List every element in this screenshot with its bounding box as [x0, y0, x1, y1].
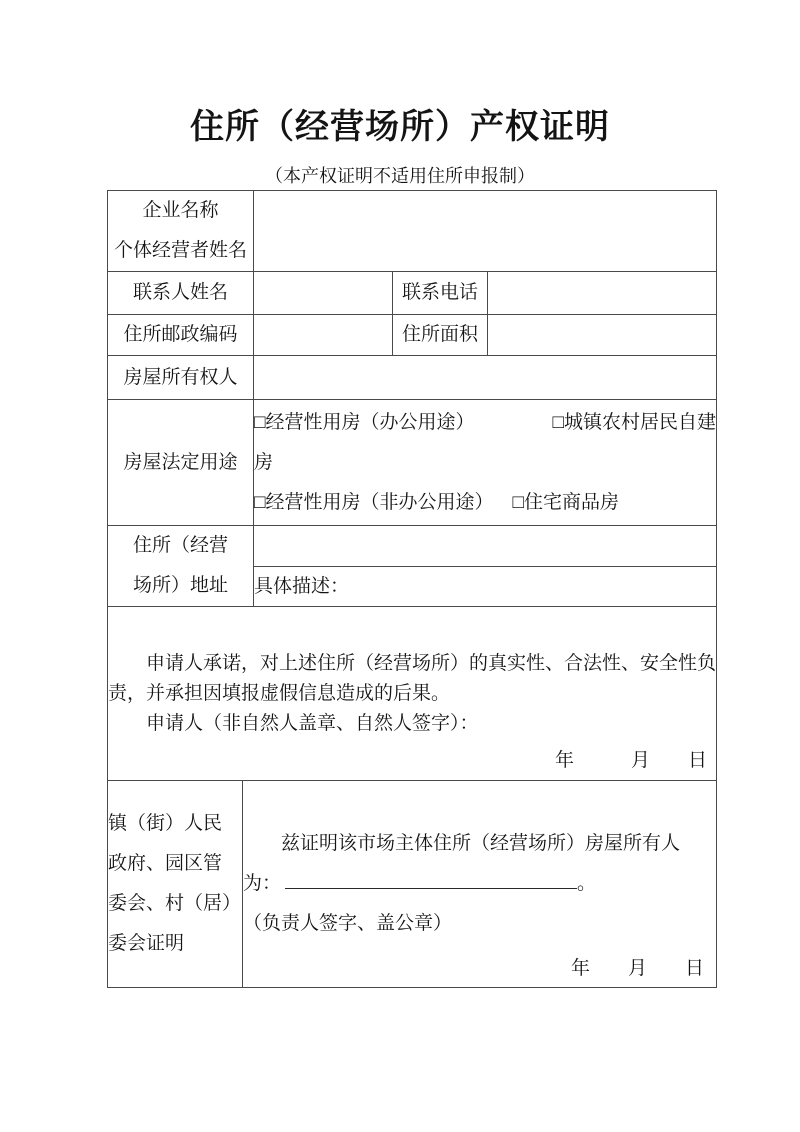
certification-label: 镇（街）人民 政府、园区管 委会、村（居） 委会证明 — [108, 781, 243, 988]
owner-name-blank-line[interactable] — [285, 867, 577, 889]
certification-date-line: 年 月 日 — [571, 957, 704, 981]
owner-label: 房屋所有权人 — [108, 356, 254, 400]
document-page: { "title": "住所（经营场所）产权证明", "subtitle": "… — [0, 0, 800, 1132]
usage-options-line1: □经营性用房（办公用途） □城镇农村居民自建 — [254, 403, 716, 443]
row-postal-area: 住所邮政编码 住所面积 — [108, 315, 717, 356]
row-contact: 联系人姓名 联系电话 — [108, 272, 717, 315]
premise-area-label: 住所面积 — [393, 315, 488, 356]
address-value-cell[interactable] — [254, 526, 717, 567]
certification-label-line3: 委会、村（居） — [108, 884, 242, 924]
premise-area-value-cell[interactable] — [488, 315, 717, 356]
checkbox-option-business-office[interactable]: □经营性用房（办公用途） — [254, 403, 474, 443]
row-entity-name: 企业名称 个体经营者姓名 — [108, 191, 717, 272]
usage-options-line2: 房 — [254, 443, 716, 483]
legal-usage-options-cell: □经营性用房（办公用途） □城镇农村居民自建 房 □经营性用房（非办公用途） □… — [254, 400, 717, 526]
row-declaration: 申请人承诺，对上述住所（经营场所）的真实性、合法性、安全性负责，并承担因填报虚假… — [108, 607, 717, 781]
entity-name-label: 企业名称 个体经营者姓名 — [108, 191, 254, 272]
row-address: 住所（经营 场所）地址 — [108, 526, 717, 567]
declaration-date-line: 年 月 日 — [555, 749, 707, 773]
contact-name-value-cell[interactable] — [254, 272, 393, 315]
checkbox-option-business-non-office[interactable]: □经营性用房（非办公用途） — [254, 483, 493, 523]
declaration-promise-text: 申请人承诺，对上述住所（经营场所）的真实性、合法性、安全性负责，并承担因填报虚假… — [108, 649, 716, 709]
entity-name-value-cell[interactable] — [254, 191, 717, 272]
row-legal-usage: 房屋法定用途 □经营性用房（办公用途） □城镇农村居民自建 房 □经营性用房（非… — [108, 400, 717, 526]
checkbox-option-self-built-wrapped-char: 房 — [254, 443, 273, 483]
legal-usage-label: 房屋法定用途 — [108, 400, 254, 526]
address-label-line2: 场所）地址 — [108, 566, 253, 606]
row-owner: 房屋所有权人 — [108, 356, 717, 400]
entity-name-label-line2: 个体经营者姓名 — [108, 231, 253, 271]
address-label: 住所（经营 场所）地址 — [108, 526, 254, 607]
certification-label-line4: 委会证明 — [108, 924, 242, 964]
usage-options-line3: □经营性用房（非办公用途） □住宅商品房 — [254, 483, 716, 523]
certification-statement-suffix: 。 — [577, 873, 596, 894]
applicant-signature-label: 申请人（非自然人盖章、自然人签字）： — [108, 709, 716, 739]
address-detail-label: 具体描述： — [254, 576, 349, 597]
checkbox-option-residential[interactable]: □住宅商品房 — [513, 483, 619, 523]
checkbox-option-self-built[interactable]: □城镇农村居民自建 — [553, 403, 716, 443]
certification-label-line2: 政府、园区管 — [108, 844, 242, 884]
certification-owner-line: 为：。 — [243, 864, 716, 904]
certification-label-line1: 镇（街）人民 — [108, 804, 242, 844]
certification-statement-prefix: 为： — [243, 873, 281, 894]
certification-sign-note: （负责人签字、盖公章） — [243, 904, 716, 944]
contact-name-label: 联系人姓名 — [108, 272, 254, 315]
postal-code-value-cell[interactable] — [254, 315, 393, 356]
entity-name-label-line1: 企业名称 — [108, 191, 253, 231]
page-subtitle: （本产权证明不适用住所申报制） — [0, 162, 800, 190]
row-certification: 镇（街）人民 政府、园区管 委会、村（居） 委会证明 兹证明该市场主体住所（经营… — [108, 781, 717, 988]
address-detail-cell[interactable]: 具体描述： — [254, 567, 717, 607]
declaration-cell: 申请人承诺，对上述住所（经营场所）的真实性、合法性、安全性负责，并承担因填报虚假… — [108, 607, 717, 781]
owner-value-cell[interactable] — [254, 356, 717, 400]
address-label-line1: 住所（经营 — [108, 526, 253, 566]
postal-code-label: 住所邮政编码 — [108, 315, 254, 356]
property-certificate-form: 企业名称 个体经营者姓名 联系人姓名 联系电话 住所邮政编码 住所面积 房屋所有… — [107, 190, 717, 988]
contact-phone-value-cell[interactable] — [488, 272, 717, 315]
certification-content-cell: 兹证明该市场主体住所（经营场所）房屋所有人 为：。 （负责人签字、盖公章） 年 … — [243, 781, 717, 988]
contact-phone-label: 联系电话 — [393, 272, 488, 315]
page-title: 住所（经营场所）产权证明 — [0, 104, 800, 152]
certification-statement: 兹证明该市场主体住所（经营场所）房屋所有人 — [243, 824, 716, 864]
